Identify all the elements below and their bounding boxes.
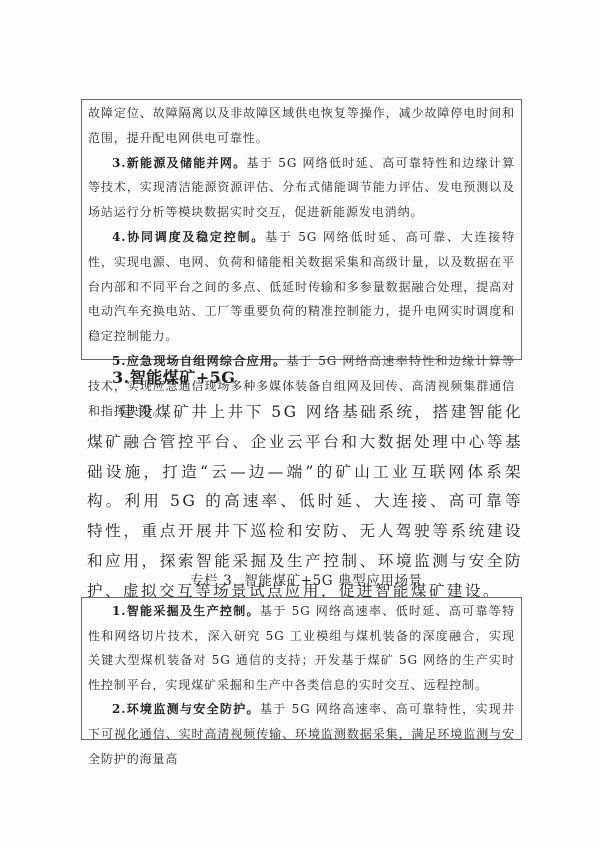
item-lead: 1.智能采掘及生产控制。	[112, 604, 260, 618]
section-heading: 3.智能煤矿+5G	[112, 366, 235, 390]
box-continuation-text: 故障定位、故障隔离以及非故障区域供电恢复等操作，减少故障停电时间和范围，提升配电…	[88, 101, 515, 151]
coal-mine-scenarios-box: 1.智能采掘及生产控制。基于 5G 网络高速率、低时延、高可靠等特性和网络切片技…	[81, 597, 522, 740]
item-lead: 2.环境监测与安全防护。	[112, 702, 260, 716]
item-lead: 3.新能源及储能并网。	[112, 156, 247, 170]
caption-title: 智能煤矿+5G 典型应用场景	[244, 573, 422, 589]
box-item-environment-monitoring: 2.环境监测与安全防护。基于 5G 网络高速率、高可靠特性，实现井下可视化通信、…	[88, 697, 515, 771]
caption-label: 专栏 3	[190, 573, 232, 589]
item-text: 基于 5G 网络低时延、高可靠、大连接特性，实现电源、电网、负荷和储能相关数据采…	[88, 230, 515, 343]
box-caption: 专栏 3智能煤矿+5G 典型应用场景	[190, 571, 423, 591]
item-lead: 4.协同调度及稳定控制。	[112, 230, 265, 244]
power-grid-scenarios-box: 故障定位、故障隔离以及非故障区域供电恢复等操作，减少故障停电时间和范围，提升配电…	[81, 99, 522, 360]
box-item-intelligent-mining: 1.智能采掘及生产控制。基于 5G 网络高速率、低时延、高可靠等特性和网络切片技…	[88, 599, 515, 697]
box-item-new-energy: 3.新能源及储能并网。基于 5G 网络低时延、高可靠特性和边缘计算等技术，实现清…	[88, 151, 515, 225]
box-item-coordinated-dispatch: 4.协同调度及稳定控制。基于 5G 网络低时延、高可靠、大连接特性，实现电源、电…	[88, 225, 515, 349]
